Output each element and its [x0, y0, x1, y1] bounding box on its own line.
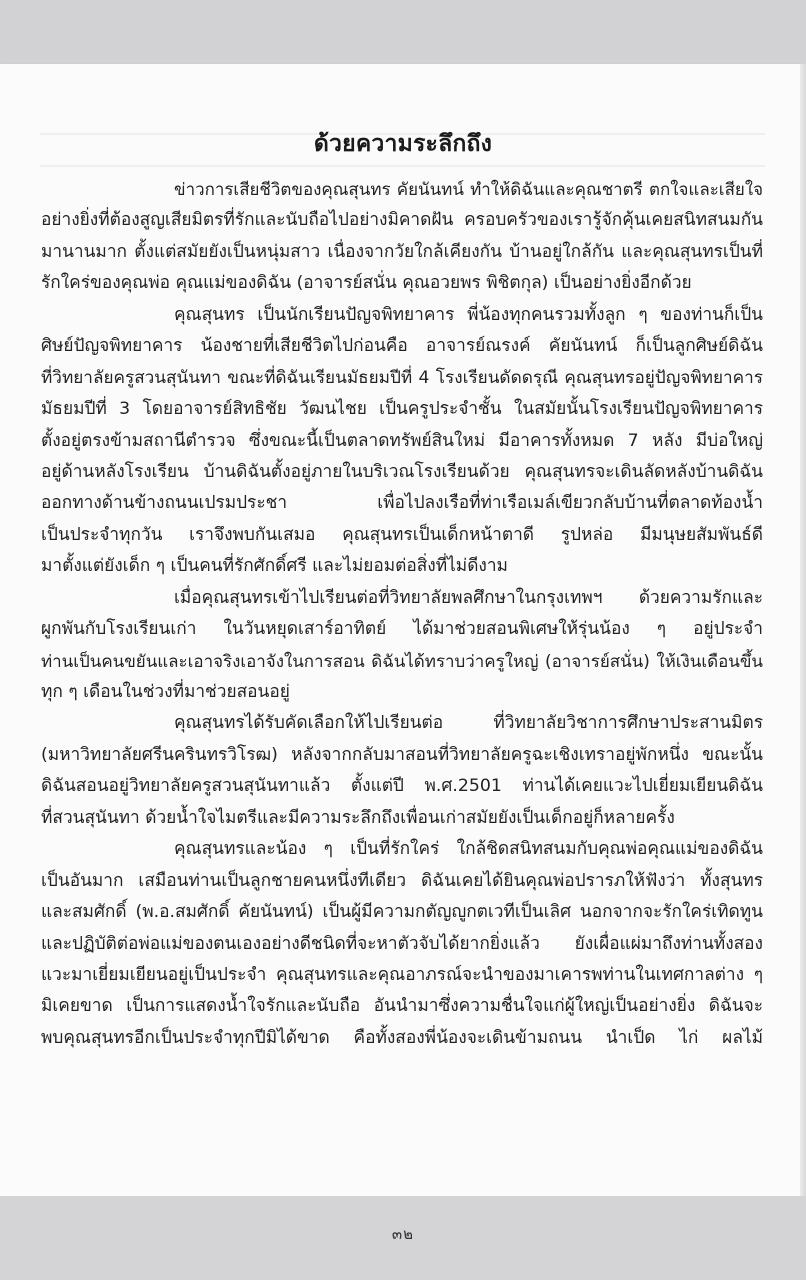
text-line: แวะมาเยี่ยมเยียนอยู่เป็นประจำ คุณสุนทรแล… — [41, 960, 763, 991]
text-line: เป็นอันมาก เสมือนท่านเป็นลูกชายคนหนึ่งที… — [41, 866, 763, 897]
text-line: (มหาวิทยาลัยศรีนครินทรวิโรฒ) หลังจากกลับ… — [41, 740, 763, 771]
bleed-through — [40, 165, 765, 167]
text-line: พบคุณสุนทรอีกเป็นประจำทุกปีมิได้ขาด คือท… — [41, 1023, 763, 1054]
text-line: คุณสุนทรและน้อง ๆ เป็นที่รักใคร่ ใกล้ชิด… — [41, 834, 763, 865]
text-line: ดิฉันสอนอยู่วิทยาลัยครูสวนสุนันทาแล้ว ตั… — [41, 771, 763, 802]
text-line: ออกทางด้านข้างถนนเปรมประชา เพื่อไปลงเรือ… — [41, 488, 763, 519]
text-line: มิเคยขาด เป็นการแสดงน้ำใจรักและนับถือ อั… — [41, 991, 763, 1022]
scanner-top-margin — [0, 0, 806, 64]
text-line: ศิษย์ปัญจพิทยาคาร น้องชายที่เสียชีวิตไปก… — [41, 331, 763, 362]
text-line: ข่าวการเสียชีวิตของคุณสุนทร คัยนันทน์ ทำ… — [41, 174, 763, 205]
text-line: และปฏิบัติต่อพ่อแม่ของตนเองอย่างดีชนิดที… — [41, 929, 763, 960]
text-line: เป็นประจำทุกวัน เราจึงพบกันเสมอ คุณสุนทร… — [41, 520, 763, 551]
text-line: มานานมาก ตั้งแต่สมัยยังเป็นหนุ่มสาว เนื่… — [41, 237, 763, 268]
text-line: ผูกพันกับโรงเรียนเก่า ในวันหยุดเสาร์อาทิ… — [41, 614, 763, 645]
text-line: ที่สวนสุนันทา ด้วยน้ำใจไมตรีและมีความระล… — [41, 803, 763, 834]
text-line: ทุก ๆ เดือนในช่วงที่มาช่วยสอนอยู่ — [41, 677, 763, 708]
text-line: และสมศักดิ์ (พ.อ.สมศักดิ์ คัยนันทน์) เป็… — [41, 897, 763, 928]
text-line: อย่างยิ่งที่ต้องสูญเสียมิตรที่รักและนับถ… — [41, 205, 763, 236]
text-line: มัธยมปีที่ 3 โดยอาจารย์สิทธิชัย วัฒนไชย … — [41, 394, 763, 425]
text-line: ที่วิทยาลัยครูสวนสุนันทา ขณะที่ดิฉันเรีย… — [41, 363, 763, 394]
body-text: ข่าวการเสียชีวิตของคุณสุนทร คัยนันทน์ ทำ… — [41, 174, 763, 1054]
page-number: ๓๒ — [0, 1222, 806, 1246]
text-line: มาตั้งแต่ยังเด็ก ๆ เป็นคนที่รักศักดิ์ศรี… — [41, 551, 763, 582]
text-line: รักใคร่ของคุณพ่อ คุณแม่ของดิฉัน (อาจารย์… — [41, 268, 763, 299]
text-line: เมื่อคุณสุนทรเข้าไปเรียนต่อที่วิทยาลัยพล… — [41, 583, 763, 614]
text-line: ตั้งอยู่ตรงข้ามสถานีตำรวจ ซึ่งขณะนี้เป็น… — [41, 426, 763, 457]
text-line: คุณสุนทร เป็นนักเรียนปัญจพิทยาคาร พี่น้อ… — [41, 300, 763, 331]
text-line: คุณสุนทรได้รับคัดเลือกให้ไปเรียนต่อ ที่ว… — [41, 708, 763, 739]
text-line: ท่านเป็นคนขยันและเอาจริงเอาจังในการสอน ด… — [41, 646, 763, 677]
text-line: อยู่ด้านหลังโรงเรียน บ้านดิฉันตั้งอยู่ภา… — [41, 457, 763, 488]
page-edge — [800, 64, 806, 1196]
page-title: ด้วยความระลึกถึง — [0, 126, 806, 162]
